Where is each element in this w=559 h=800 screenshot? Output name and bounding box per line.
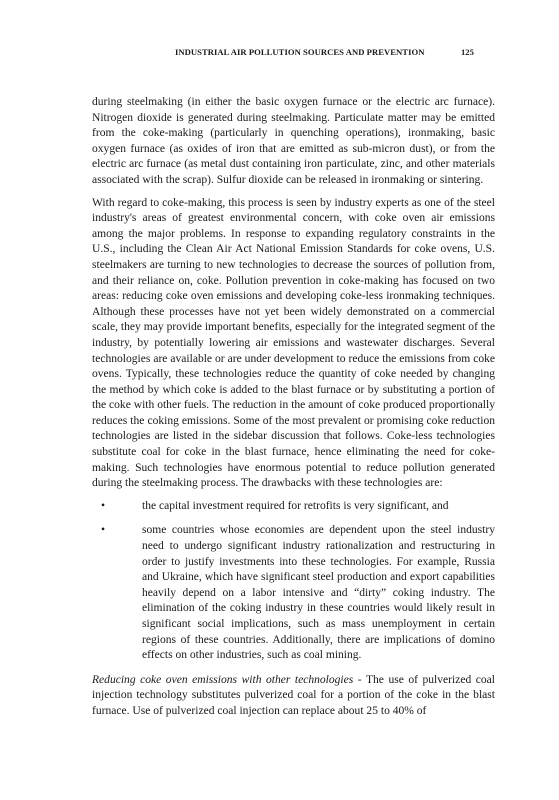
paragraph-emission-sources: during steelmaking (in either the basic … <box>92 95 495 189</box>
page-number: 125 <box>461 47 474 57</box>
list-item-text: some countries whose economies are depen… <box>142 524 495 661</box>
bullet-icon: • <box>101 523 105 539</box>
bullet-icon: • <box>101 499 105 515</box>
drawbacks-list: • the capital investment required for re… <box>92 499 495 664</box>
running-header: INDUSTRIAL AIR POLLUTION SOURCES AND PRE… <box>175 47 475 61</box>
list-item: • some countries whose economies are dep… <box>92 523 495 663</box>
paragraph-coke-making: With regard to coke-making, this process… <box>92 196 495 492</box>
running-title: INDUSTRIAL AIR POLLUTION SOURCES AND PRE… <box>175 47 424 57</box>
paragraph-reducing-emissions: Reducing coke oven emissions with other … <box>92 673 495 720</box>
italic-run-in-heading: Reducing coke oven emissions with other … <box>92 674 353 686</box>
list-item-text: the capital investment required for retr… <box>142 500 449 512</box>
list-item: • the capital investment required for re… <box>92 499 495 515</box>
page-body: during steelmaking (in either the basic … <box>92 95 495 727</box>
